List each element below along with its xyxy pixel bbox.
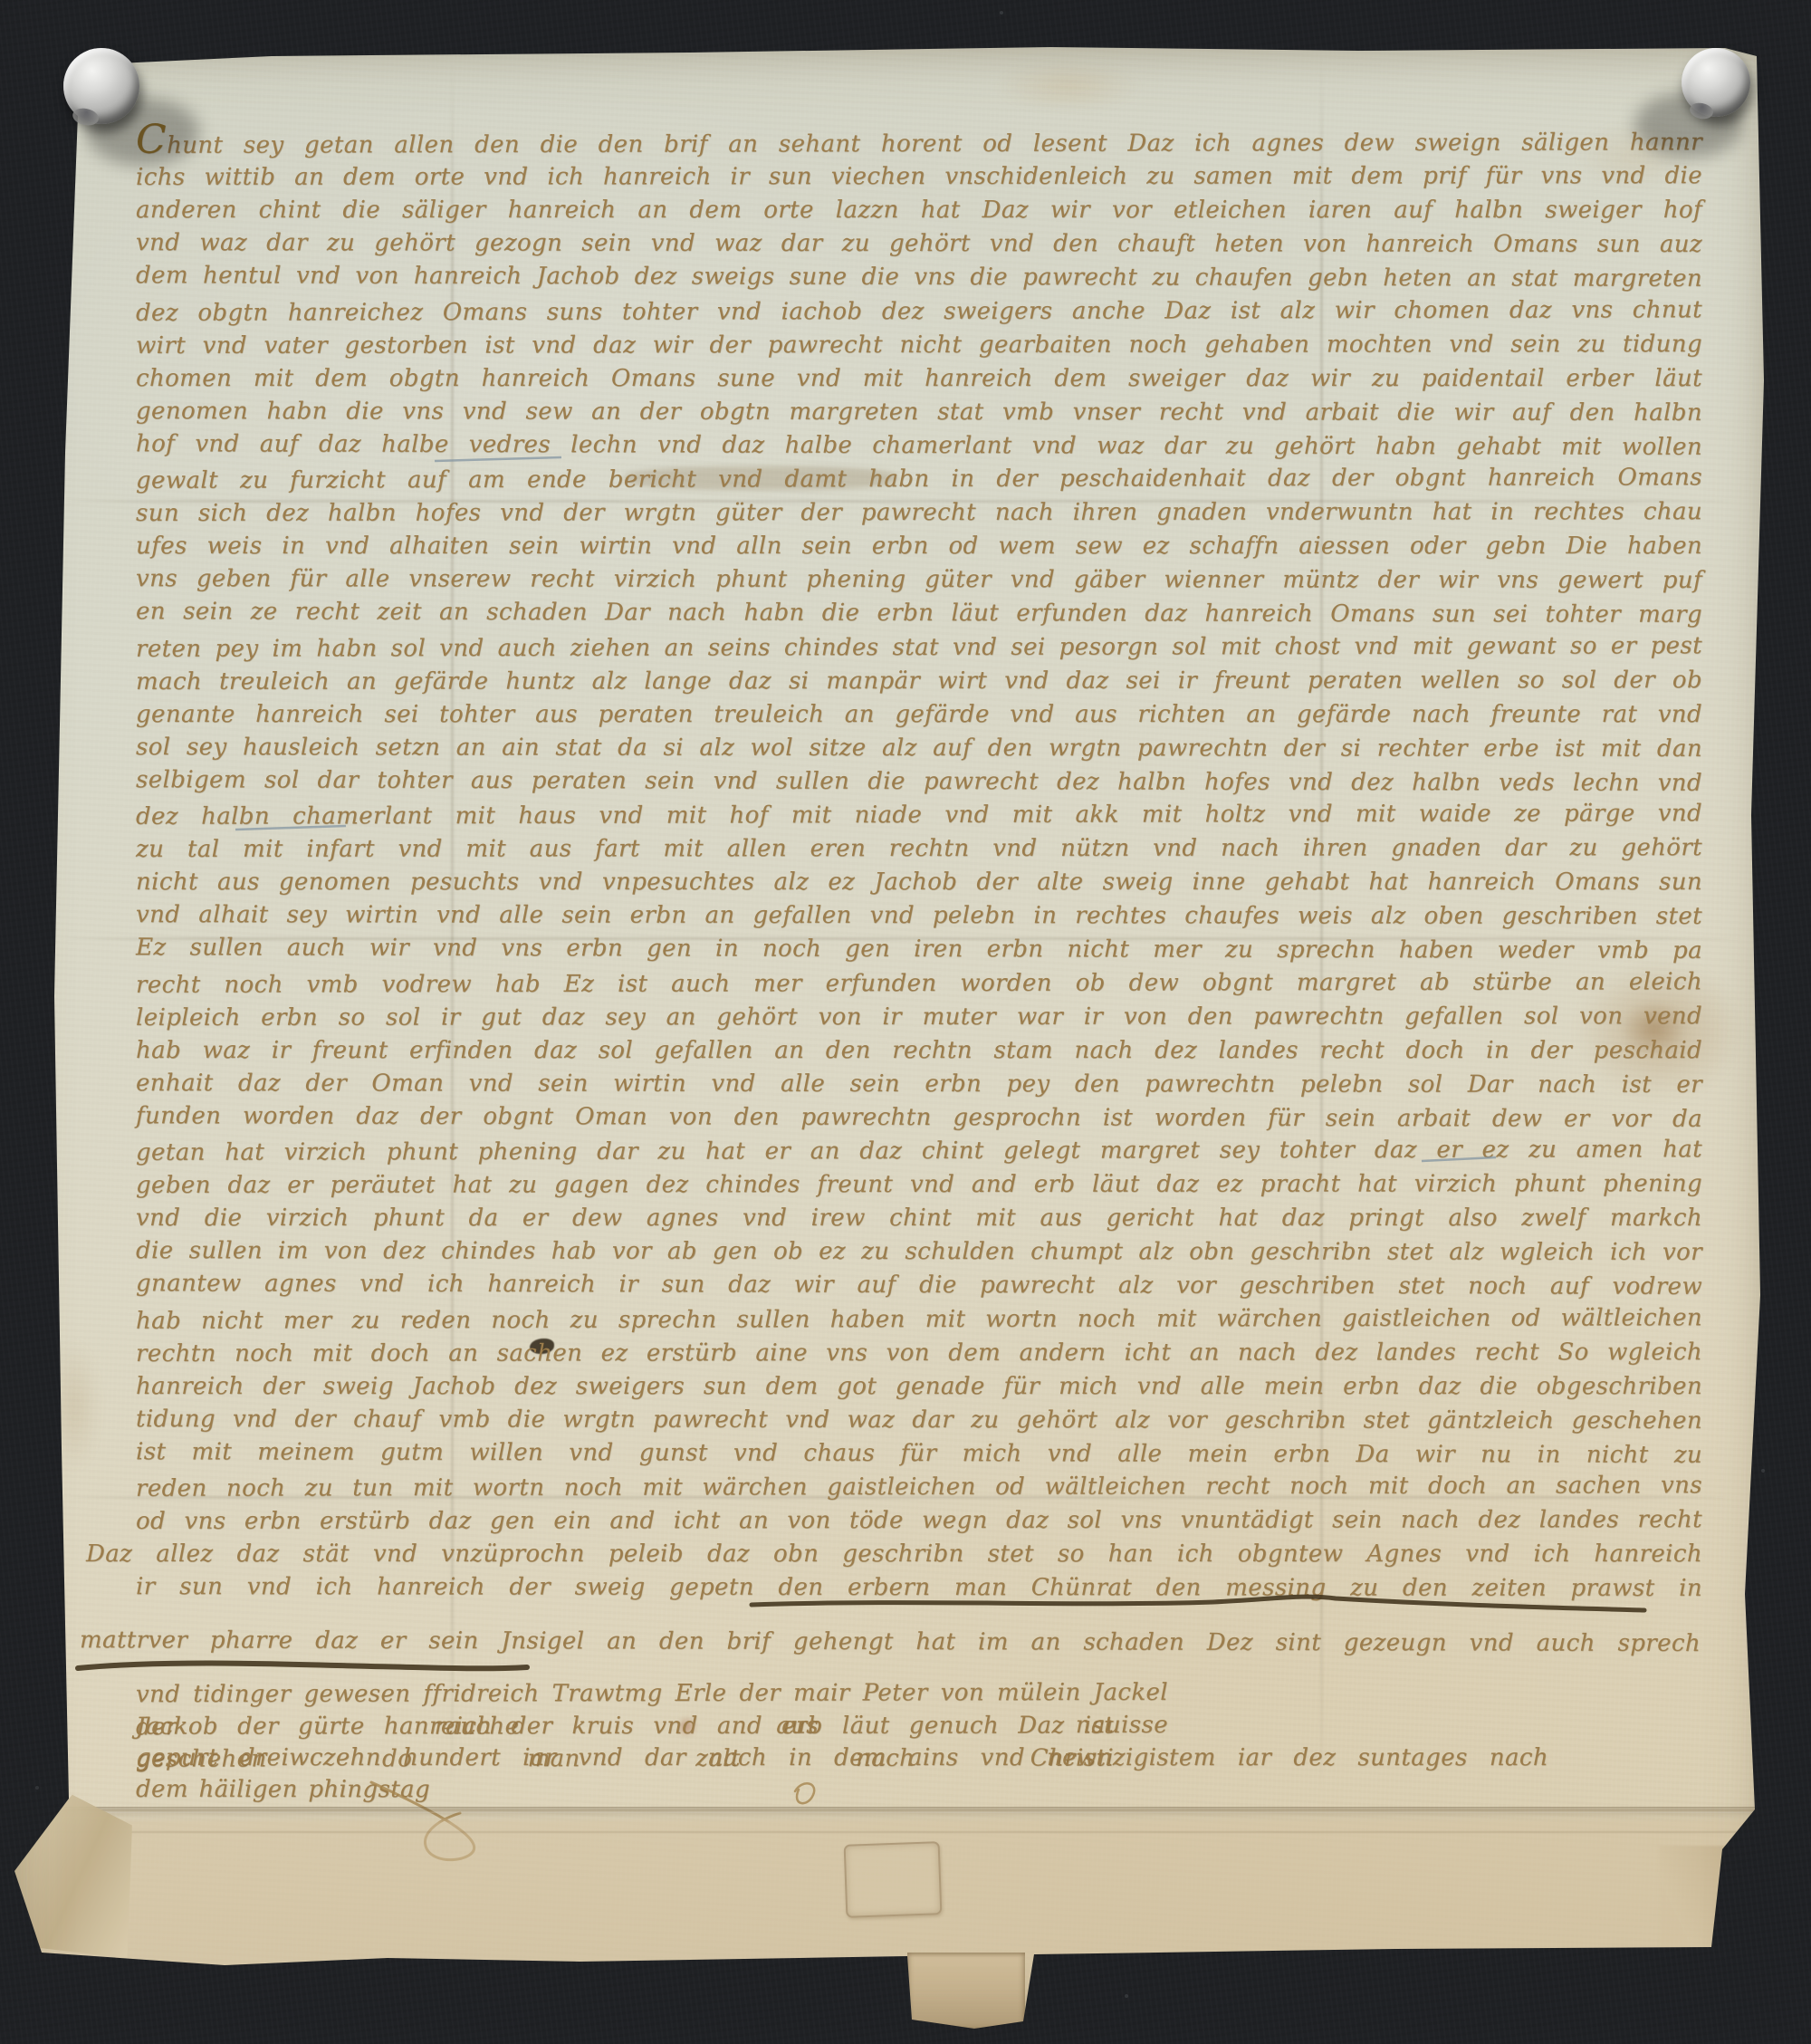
fabric-specks	[0, 0, 2, 2]
seal-tag	[907, 1953, 1025, 2029]
corner-curl	[7, 1791, 132, 1962]
manuscript-line: Chunt sey getan allen den die den brif a…	[136, 125, 1702, 162]
manuscript-line: anderen chint die säliger hanreich an de…	[136, 194, 1702, 226]
manuscript-line: tidung vnd der chauf vmb die wrgtn pawre…	[136, 1403, 1702, 1437]
manuscript-line: genante hanreich sei tohter aus peraten …	[136, 698, 1702, 731]
manuscript-line: nicht aus genomen pesuchts vnd vnpesucht…	[136, 866, 1702, 898]
manuscript-line: dez obgtn hanreichez Omans suns tohter v…	[136, 293, 1702, 330]
manuscript-line: wirt vnd vater gestorben ist vnd daz wir…	[136, 328, 1702, 362]
manuscript-line: funden worden daz der obgnt Oman von den…	[136, 1099, 1702, 1136]
manuscript-line: recht noch vmb vodrew hab Ez ist auch me…	[136, 965, 1702, 1002]
manuscript-line: sun sich dez halbn hofes vnd der wrgtn g…	[136, 495, 1702, 530]
manuscript-line: ir sun vnd ich hanreich der sweig gepetn…	[136, 1570, 1702, 1605]
parchment-charter: Chunt sey getan allen den die den brif a…	[9, 45, 1770, 2033]
manuscript-line: ist mit meinem gutm willen vnd gunst vnd…	[136, 1435, 1702, 1472]
manuscript-line: gepurt dreiwczehn hundert iar vnd dar na…	[136, 1742, 1548, 1774]
manuscript-line: ufes weis in vnd alhaiten sein wirtin vn…	[136, 530, 1702, 562]
manuscript-line: die sullen im von dez chindes hab vor ab…	[136, 1234, 1702, 1269]
metal-weight-right	[1682, 48, 1750, 117]
manuscript-line: enhait daz der Oman vnd sein wirtin vnd …	[136, 1067, 1702, 1101]
manuscript-line: od vns erbn erstürb daz gen ein and icht…	[136, 1503, 1702, 1538]
manuscript-line: rechtn noch mit doch an sachen ez erstür…	[136, 1336, 1702, 1370]
manuscript-text: Chunt sey getan allen den die den brif a…	[9, 45, 1770, 2033]
fold-corner-shading	[1659, 1846, 1758, 1953]
manuscript-line: getan hat virzich phunt phening dar zu h…	[136, 1133, 1702, 1169]
manuscript-line: vnd waz dar zu gehört gezogn sein vnd wa…	[136, 226, 1702, 261]
manuscript-line: dem häiligen phingstag	[136, 1773, 435, 1806]
plica-crease	[9, 1831, 1770, 1833]
manuscript-line: geben daz er peräutet hat zu gagen dez c…	[136, 1167, 1702, 1202]
manuscript-line: selbigem sol dar tohter aus peraten sein…	[136, 763, 1702, 800]
manuscript-line: Ez sullen auch wir vnd vns erbn gen in n…	[136, 932, 1702, 968]
manuscript-line: hof vnd auf daz halbe vedres lechn vnd d…	[136, 427, 1702, 464]
manuscript-line: zu tal mit infart vnd mit aus fart mit a…	[136, 831, 1702, 866]
manuscript-line: vns geben für alle vnserew recht virzich…	[136, 562, 1702, 597]
manuscript-line: sol sey hausleich setzn an ain stat da s…	[136, 731, 1702, 765]
manuscript-line: en sein ze recht zeit an schaden Dar nac…	[136, 596, 1702, 632]
manuscript-line: vnd alhait sey wirtin vnd alle sein erbn…	[136, 898, 1702, 933]
manuscript-line: chomen mit dem obgtn hanreich Omans sune…	[136, 362, 1702, 395]
manuscript-line: gewalt zu furzicht auf am ende bericht v…	[136, 461, 1702, 497]
manuscript-line: leipleich erbn so sol ir gut daz sey an …	[136, 1000, 1702, 1034]
manuscript-line: vnd die virzich phunt da er dew agnes vn…	[136, 1202, 1702, 1234]
manuscript-line: gnantew agnes vnd ich hanreich ir sun da…	[136, 1268, 1702, 1304]
manuscript-line: hab nicht mer zu reden noch zu sprechn s…	[136, 1301, 1702, 1338]
manuscript-line: hanreich der sweig Jachob dez sweigers s…	[136, 1370, 1702, 1403]
manuscript-line: reten pey im habn sol vnd auch ziehen an…	[136, 629, 1702, 666]
manuscript-line: mach treuleich an gefärde huntz alz lang…	[136, 664, 1702, 698]
manuscript-line: Daz allez daz stät vnd vnzüprochn peleib…	[86, 1538, 1702, 1570]
metal-weight-left	[63, 48, 139, 124]
manuscript-line: mattrver pharre daz er sein Jnsigel an d…	[80, 1624, 1701, 1660]
manuscript-line: dem hentul vnd von hanreich Jachob dez s…	[136, 260, 1702, 296]
manuscript-line: dez halbn chamerlant mit haus vnd mit ho…	[136, 797, 1702, 833]
seal-tag-slot	[844, 1841, 943, 1918]
manuscript-line: genomen habn die vns vnd sew an der obgt…	[136, 395, 1702, 429]
manuscript-line: reden noch zu tun mit wortn noch mit wär…	[136, 1469, 1702, 1505]
manuscript-line: hab waz ir freunt erfinden daz sol gefal…	[136, 1034, 1702, 1067]
photograph-backdrop: Chunt sey getan allen den die den brif a…	[0, 0, 1811, 2044]
manuscript-line: ichs wittib an dem orte vnd ich hanreich…	[136, 159, 1702, 194]
